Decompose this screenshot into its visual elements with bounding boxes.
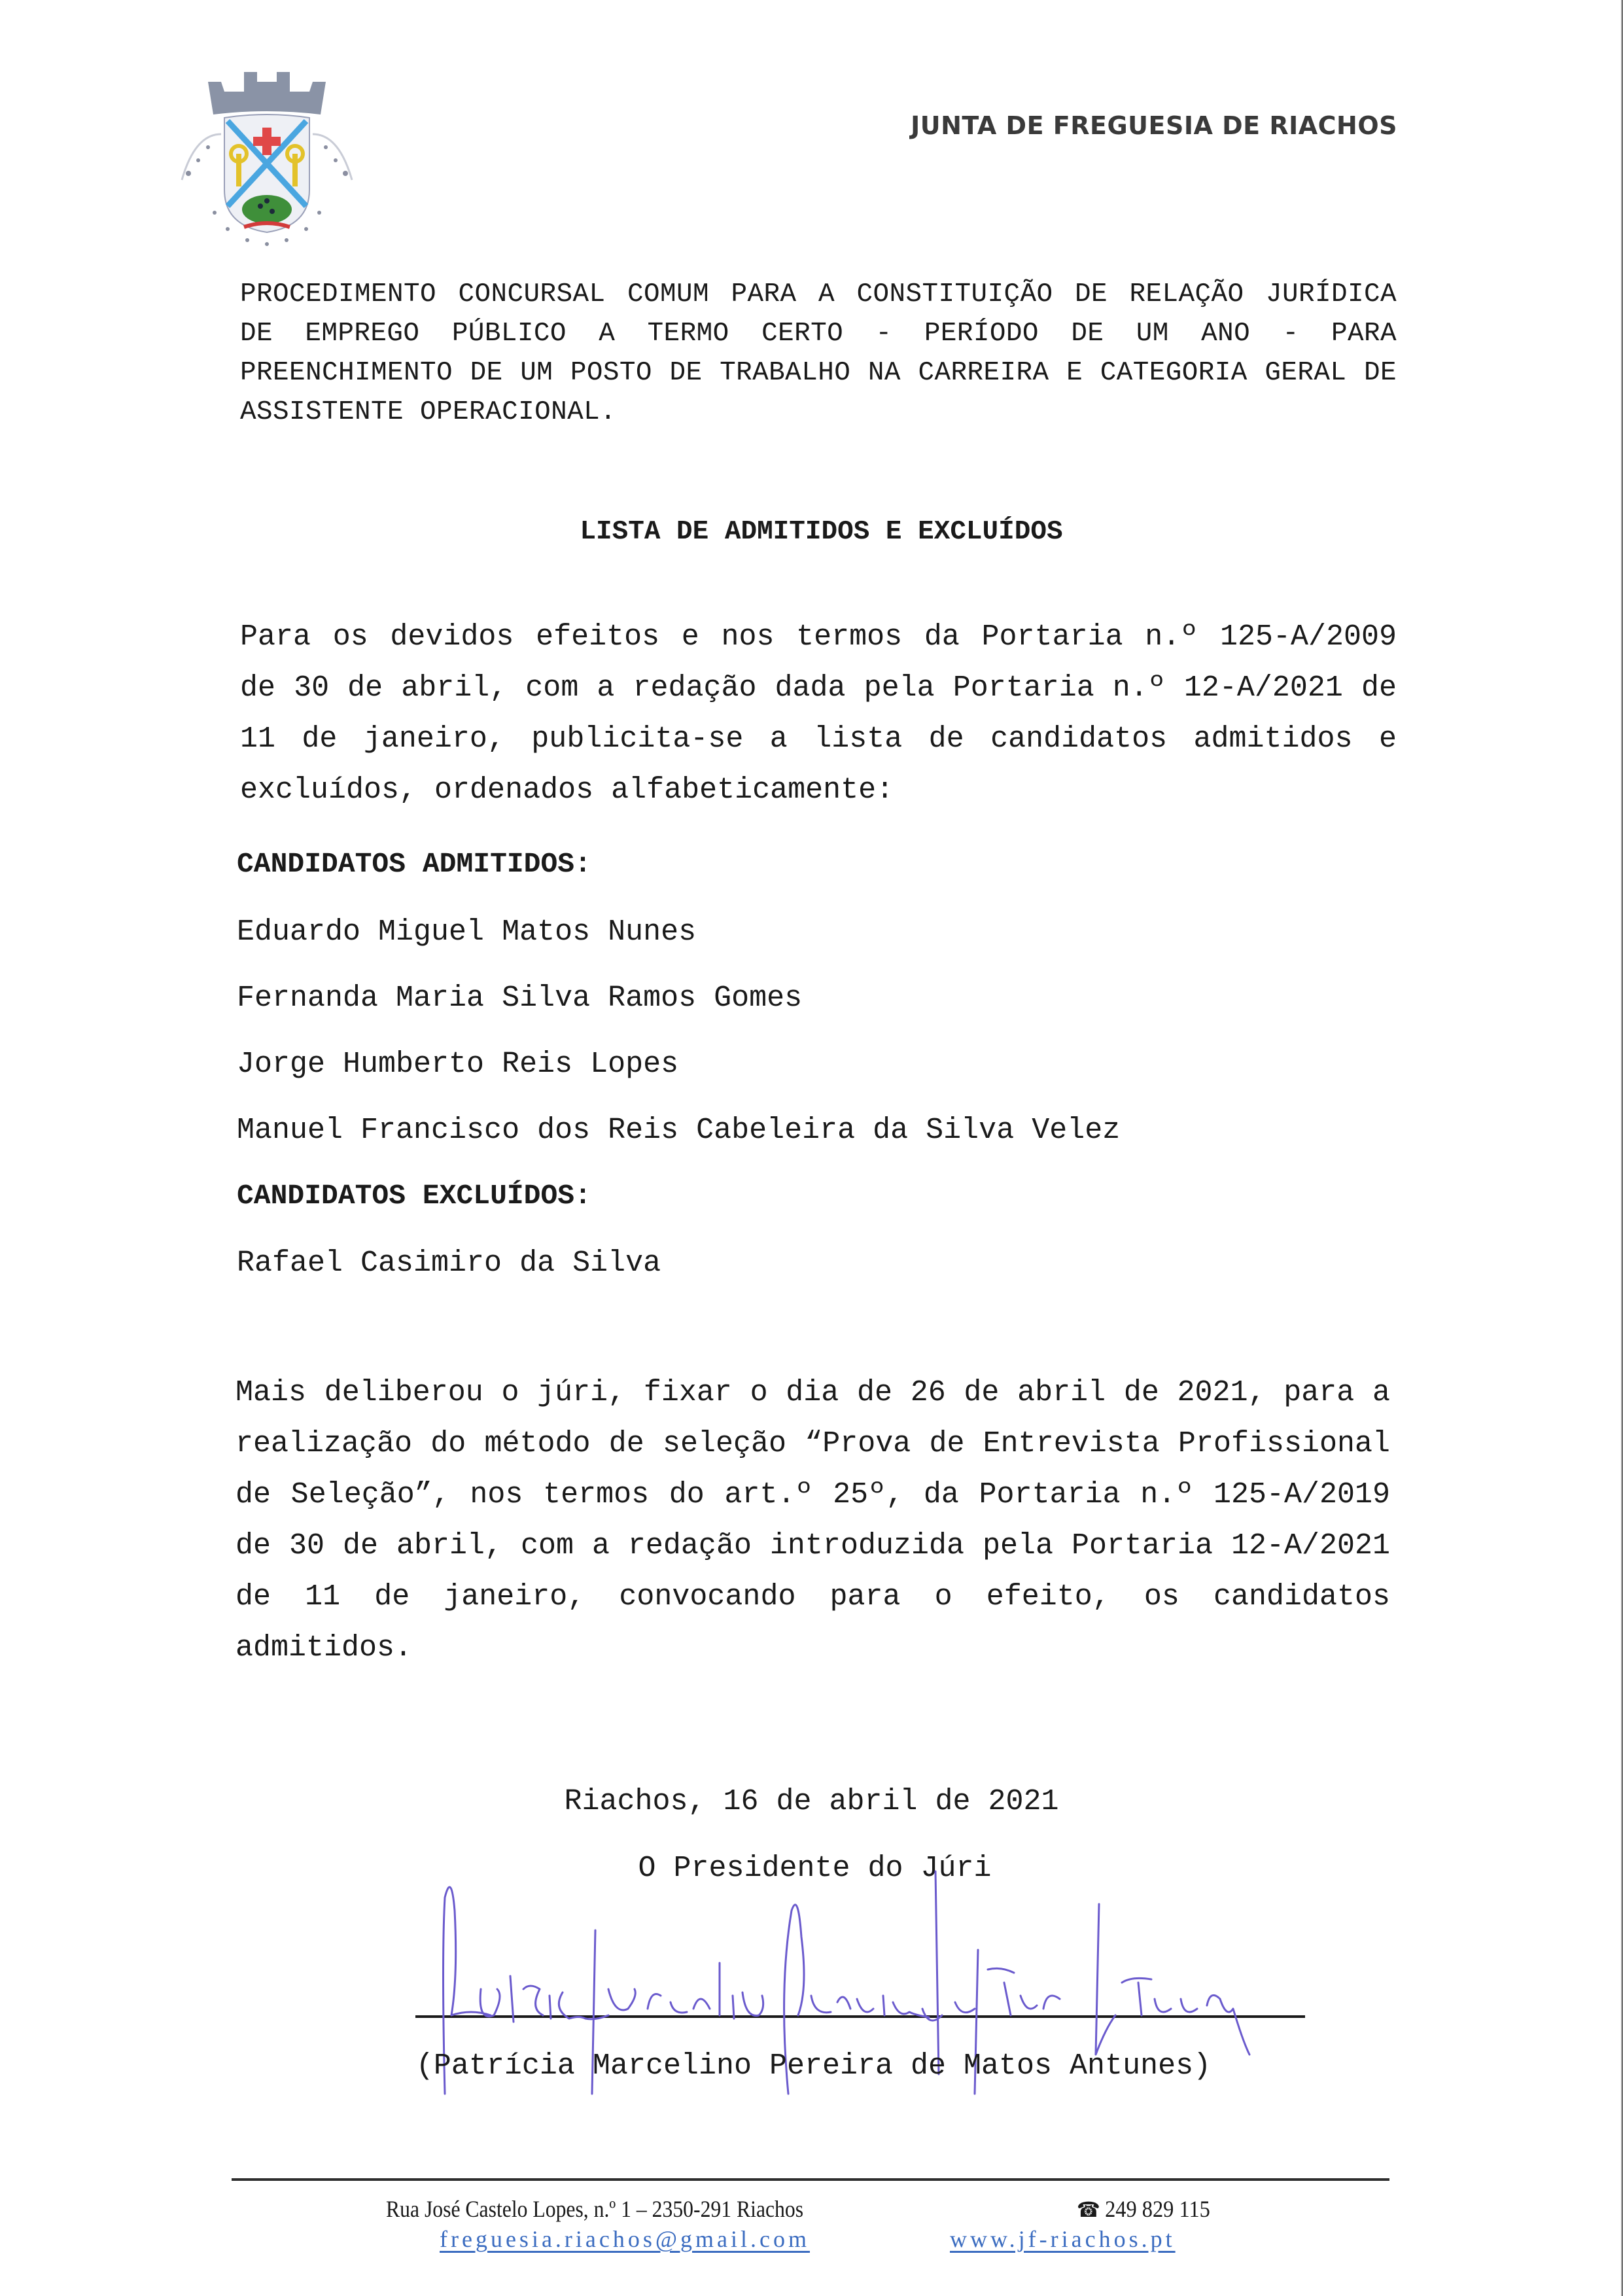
telephone-icon: ☎ [1077,2197,1100,2222]
date-text: Riachos, 16 de abril de 2021 [564,1785,1058,1818]
coat-of-arms-icon [169,56,365,258]
list-title-text: LISTA DE ADMITIDOS E EXCLUÍDOS [580,517,1062,547]
footer-address: Rua José Castelo Lopes, n.º 1 – 2350-291… [386,2195,803,2223]
organization-name: JUNTA DE FREGUESIA DE RIACHOS [911,111,1397,140]
website-link[interactable]: www.jf-riachos.pt [950,2225,1176,2253]
email-link[interactable]: freguesia.riachos@gmail.com [440,2225,810,2253]
admitted-candidate: Jorge Humberto Reis Lopes [237,1048,678,1081]
signatory-name-text: (Patrícia Marcelino Pereira de Matos Ant… [416,2049,1211,2083]
excluded-candidate: Rafael Casimiro da Silva [237,1246,661,1280]
list-title: LISTA DE ADMITIDOS E EXCLUÍDOS [0,517,1623,547]
date-line: Riachos, 16 de abril de 2021 [0,1785,1623,1818]
excluded-heading: CANDIDATOS EXCLUÍDOS: [237,1180,591,1212]
closing-paragraph: Mais deliberou o júri, fixar o dia de 26… [236,1368,1390,1674]
footer-divider [232,2178,1389,2181]
footer-phone: ☎249 829 115 [1077,2195,1210,2223]
procedure-title: PROCEDIMENTO CONCURSAL COMUM PARA A CONS… [240,275,1397,432]
admitted-heading: CANDIDATOS ADMITIDOS: [237,848,591,880]
admitted-candidate: Fernanda Maria Silva Ramos Gomes [237,981,802,1015]
intro-paragraph: Para os devidos efeitos e nos termos da … [240,612,1397,816]
admitted-candidate: Eduardo Miguel Matos Nunes [237,915,696,949]
signatory-name: (Patrícia Marcelino Pereira de Matos Ant… [0,2049,1623,2083]
admitted-candidate: Manuel Francisco dos Reis Cabeleira da S… [237,1114,1120,1147]
phone-number: 249 829 115 [1105,2196,1210,2222]
